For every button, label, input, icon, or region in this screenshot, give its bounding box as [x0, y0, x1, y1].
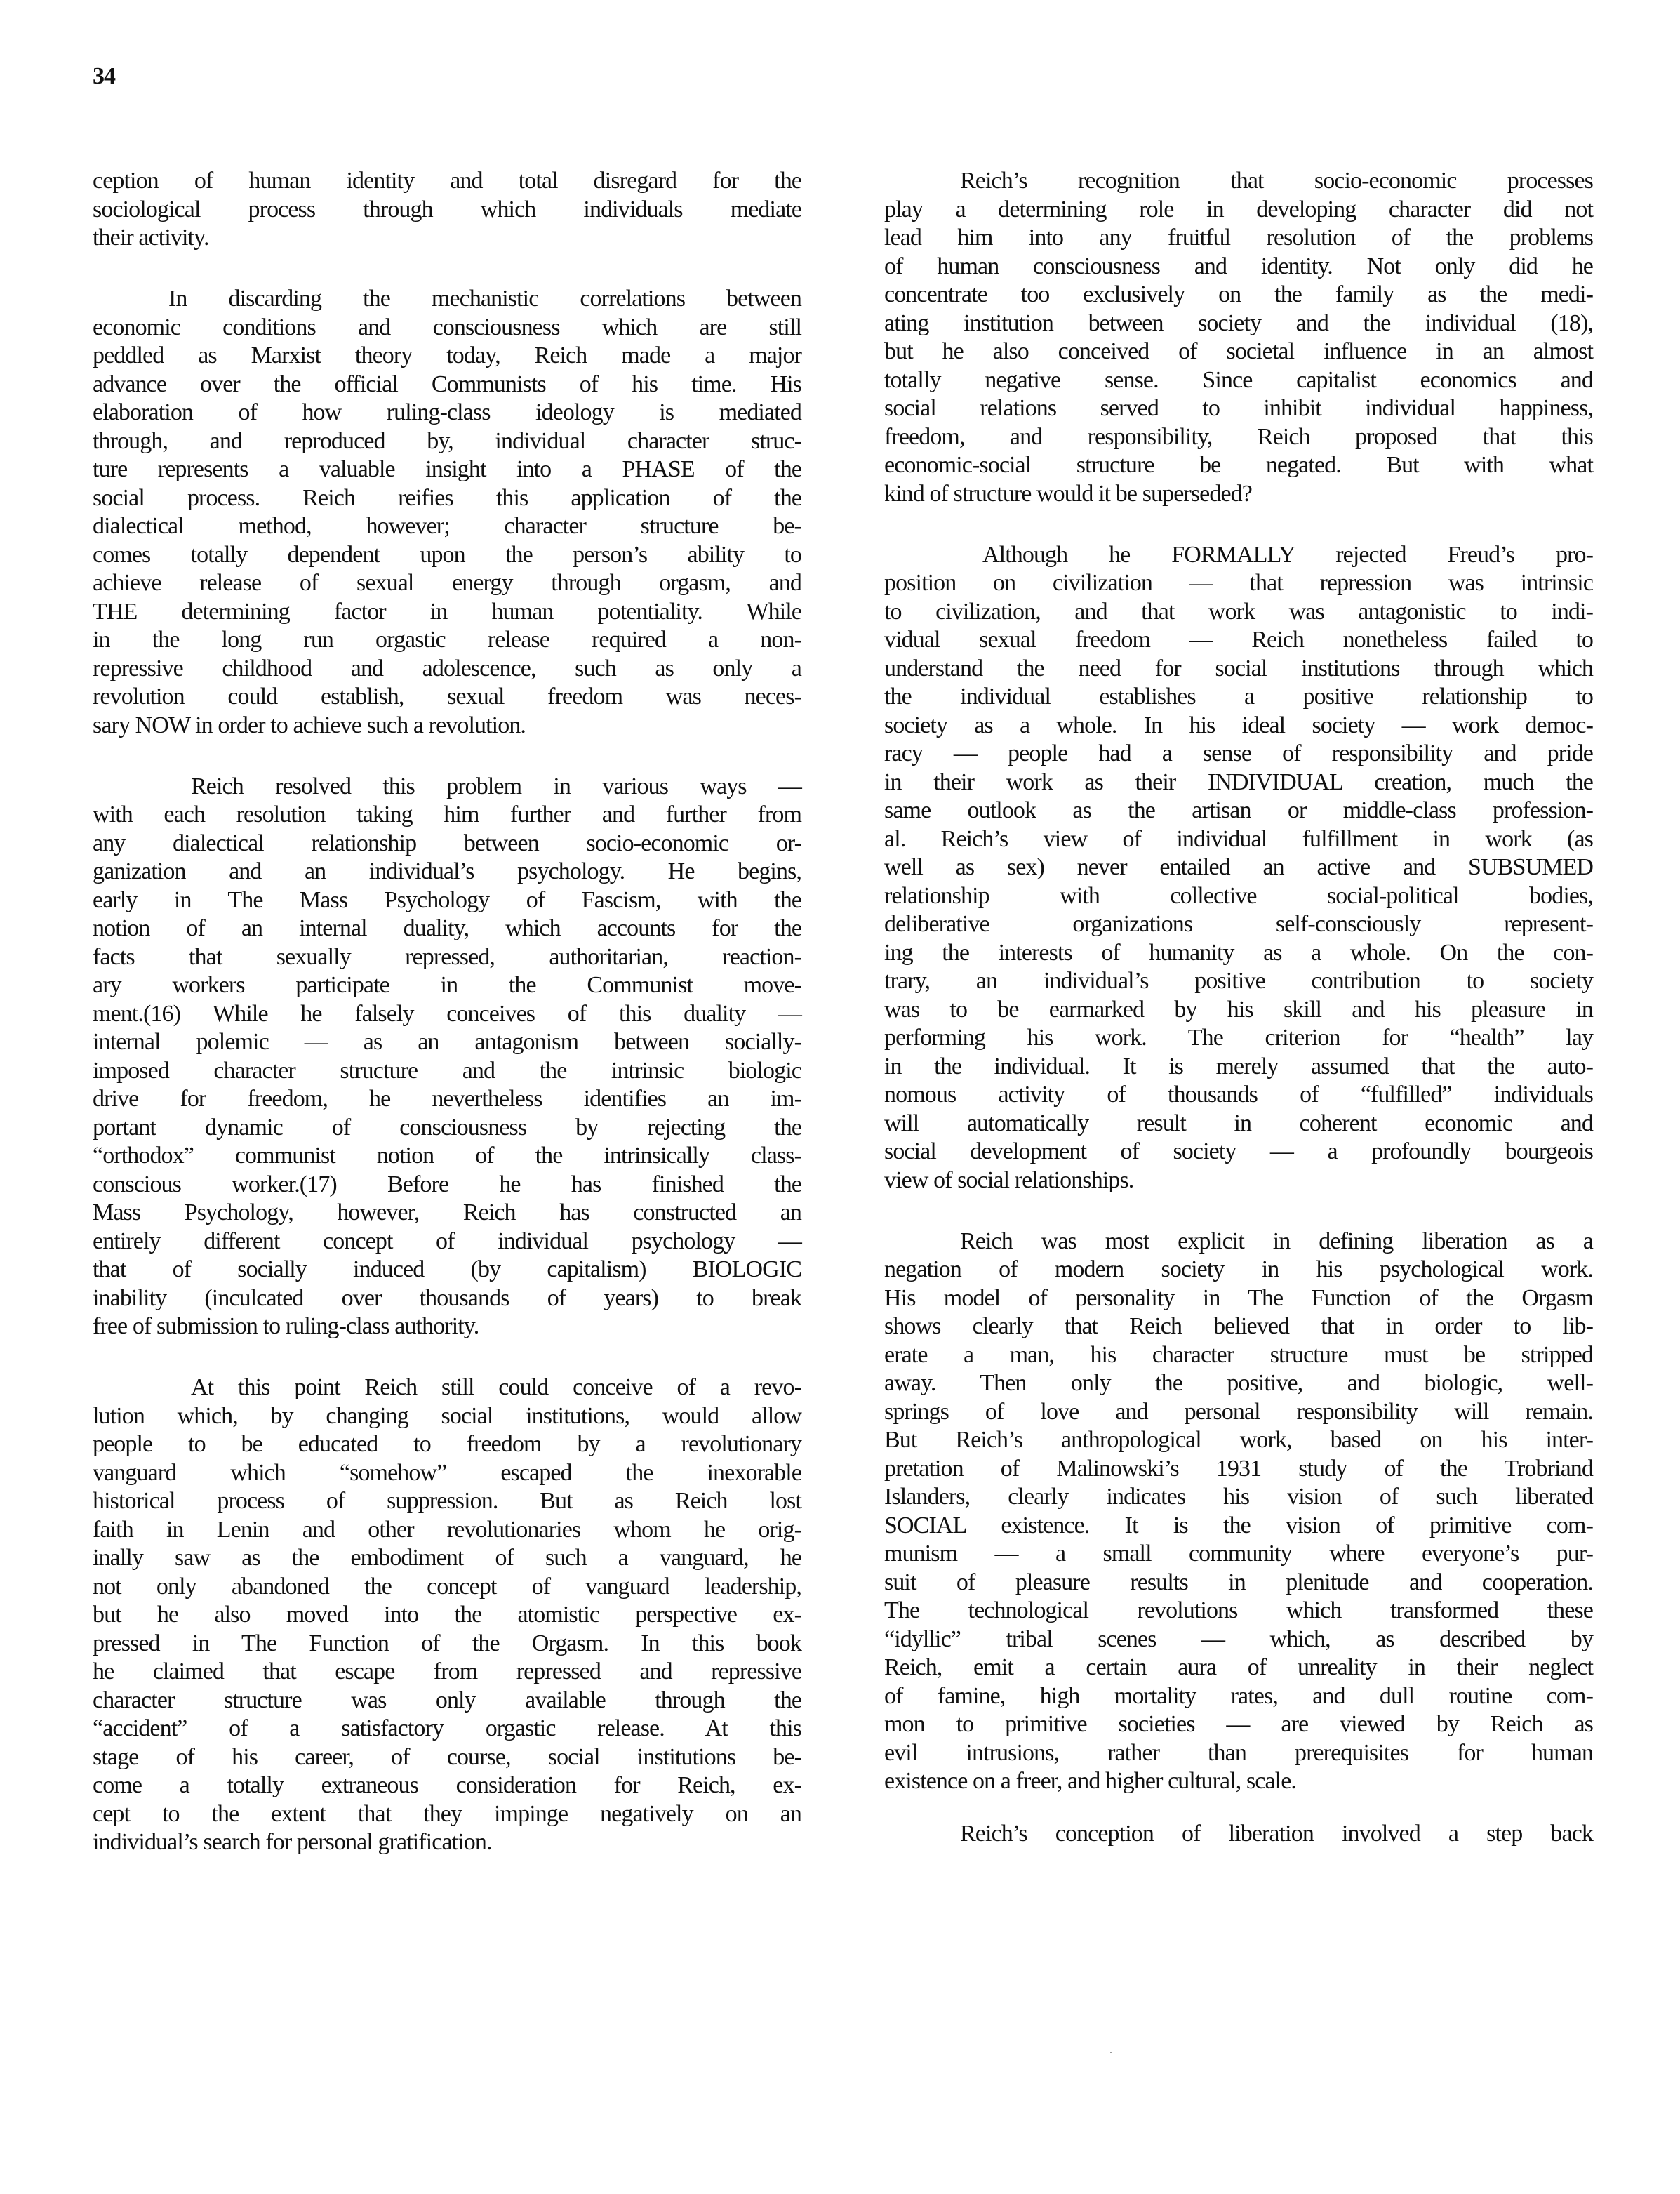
text-line: “idyllic” tribal scenes — which, as desc…	[884, 1625, 1593, 1654]
text-line: same outlook as the artisan or middle-cl…	[884, 797, 1593, 825]
text-line: of human consciousness and identity. Not…	[884, 253, 1593, 281]
text-line: free of submission to ruling-class autho…	[93, 1312, 801, 1341]
text-line: entirely different concept of individual…	[93, 1228, 801, 1256]
text-line: with each resolution taking him further …	[93, 801, 801, 830]
text-line: nomous activity of thousands of “fulfill…	[884, 1081, 1593, 1110]
paragraph: Reich’s recognition that socio-economic …	[884, 167, 1593, 508]
text-line: in their work as their INDIVIDUAL creati…	[884, 769, 1593, 797]
text-line: of famine, high mortality rates, and dul…	[884, 1682, 1593, 1711]
text-line: suit of pleasure results in plenitude an…	[884, 1569, 1593, 1597]
text-line: any dialectical relationship between soc…	[93, 830, 801, 858]
text-line: His model of personality in The Function…	[884, 1284, 1593, 1313]
text-line: economic conditions and consciousness wh…	[93, 314, 801, 343]
text-line: repressive childhood and adolescence, su…	[93, 655, 801, 684]
text-line: internal polemic — as an antagonism betw…	[93, 1028, 801, 1057]
text-line: early in The Mass Psychology of Fascism,…	[93, 886, 801, 915]
text-line: society as a whole. In his ideal society…	[884, 712, 1593, 740]
text-line: facts that sexually repressed, authorita…	[93, 943, 801, 972]
text-line: well as sex) never entailed an active an…	[884, 853, 1593, 882]
text-line: Reich, emit a certain aura of unreality …	[884, 1654, 1593, 1682]
text-line: At this point Reich still could conceive…	[93, 1374, 801, 1402]
text-line: to civilization, and that work was antag…	[884, 598, 1593, 627]
text-line: portant dynamic of consciousness by reje…	[93, 1114, 801, 1143]
text-line: But Reich’s anthropological work, based …	[884, 1426, 1593, 1455]
text-line: kind of structure would it be superseded…	[884, 480, 1593, 509]
text-line: SOCIAL existence. It is the vision of pr…	[884, 1512, 1593, 1541]
text-line: dialectical method, however; character s…	[93, 512, 801, 541]
text-line: pressed in The Function of the Orgasm. I…	[93, 1630, 801, 1658]
text-line: ganization and an individual’s psycholog…	[93, 858, 801, 886]
text-line: drive for freedom, he nevertheless ident…	[93, 1085, 801, 1114]
text-line: sociological process through which indiv…	[93, 196, 801, 225]
text-line: social relations served to inhibit indiv…	[884, 394, 1593, 423]
text-line: vanguard which “somehow” escaped the ine…	[93, 1459, 801, 1488]
text-line: but he also moved into the atomistic per…	[93, 1601, 801, 1630]
text-line: relationship with collective social-poli…	[884, 882, 1593, 911]
text-line: inally saw as the embodiment of such a v…	[93, 1544, 801, 1573]
text-line: that of socially induced (by capitalism)…	[93, 1256, 801, 1284]
text-line: in the long run orgastic release require…	[93, 626, 801, 655]
text-line: peddled as Marxist theory today, Reich m…	[93, 342, 801, 371]
text-line: THE determining factor in human potentia…	[93, 598, 801, 627]
paragraph: ception of human identity and total disr…	[93, 167, 801, 253]
text-line: Reich’s conception of liberation involve…	[884, 1820, 1593, 1849]
text-line: al. Reich’s view of individual fulfillme…	[884, 825, 1593, 854]
text-line: freedom, and responsibility, Reich propo…	[884, 423, 1593, 452]
text-line: imposed character structure and the intr…	[93, 1057, 801, 1086]
paragraph: In discarding the mechanistic correlatio…	[93, 285, 801, 740]
text-line: social process. Reich reifies this appli…	[93, 484, 801, 513]
text-line: ment.(16) While he falsely conceives of …	[93, 1000, 801, 1029]
text-line: but he also conceived of societal influe…	[884, 338, 1593, 366]
paragraph: Reich’s conception of liberation involve…	[884, 1820, 1593, 1849]
text-line: inability (inculcated over thousands of …	[93, 1284, 801, 1313]
text-line: comes totally dependent upon the person’…	[93, 541, 801, 570]
text-line: Reich resolved this problem in various w…	[93, 773, 801, 802]
text-line: come a totally extraneous consideration …	[93, 1771, 801, 1800]
text-line: munism — a small community where everyon…	[884, 1540, 1593, 1569]
text-line: their activity.	[93, 224, 801, 253]
text-line: racy — people had a sense of responsibil…	[884, 740, 1593, 769]
paragraph: Reich was most explicit in defining libe…	[884, 1228, 1593, 1796]
text-line: The technological revolutions which tran…	[884, 1597, 1593, 1625]
text-line: vidual sexual freedom — Reich nonetheles…	[884, 626, 1593, 655]
left-column: ception of human identity and total disr…	[93, 167, 801, 1889]
text-line: economic-social structure be negated. Bu…	[884, 451, 1593, 480]
text-line: ating institution between society and th…	[884, 310, 1593, 338]
text-line: people to be educated to freedom by a re…	[93, 1430, 801, 1459]
text-line: springs of love and personal responsibil…	[884, 1398, 1593, 1427]
text-line: evil intrusions, rather than prerequisit…	[884, 1739, 1593, 1768]
text-line: faith in Lenin and other revolutionaries…	[93, 1516, 801, 1545]
text-line: not only abandoned the concept of vangua…	[93, 1573, 801, 1602]
text-line: individual’s search for personal gratifi…	[93, 1828, 801, 1857]
text-line: shows clearly that Reich believed that i…	[884, 1312, 1593, 1341]
text-line: ture represents a valuable insight into …	[93, 456, 801, 484]
paragraph: Reich resolved this problem in various w…	[93, 773, 801, 1341]
text-line: will automatically result in coherent ec…	[884, 1110, 1593, 1138]
text-line: through, and reproduced by, individual c…	[93, 427, 801, 456]
text-line: was to be earmarked by his skill and his…	[884, 996, 1593, 1025]
text-line: mon to primitive societies — are viewed …	[884, 1710, 1593, 1739]
text-line: Islanders, clearly indicates his vision …	[884, 1483, 1593, 1512]
text-line: sary NOW in order to achieve such a revo…	[93, 712, 801, 740]
text-line: away. Then only the positive, and biolog…	[884, 1369, 1593, 1398]
text-line: deliberative organizations self-consciou…	[884, 910, 1593, 939]
text-line: historical process of suppression. But a…	[93, 1487, 801, 1516]
paragraph: At this point Reich still could conceive…	[93, 1374, 801, 1857]
text-line: performing his work. The criterion for “…	[884, 1024, 1593, 1053]
text-line: position on civilization — that repressi…	[884, 569, 1593, 598]
text-line: erate a man, his character structure mus…	[884, 1341, 1593, 1370]
text-line: “accident” of a satisfactory orgastic re…	[93, 1715, 801, 1743]
text-line: pretation of Malinowski’s 1931 study of …	[884, 1455, 1593, 1484]
text-line: existence on a freer, and higher cultura…	[884, 1767, 1593, 1796]
text-line: conscious worker.(17) Before he has fini…	[93, 1171, 801, 1199]
text-line: ception of human identity and total disr…	[93, 167, 801, 196]
text-line: totally negative sense. Since capitalist…	[884, 366, 1593, 395]
text-line: In discarding the mechanistic correlatio…	[93, 285, 801, 314]
text-line: ary workers participate in the Communist…	[93, 971, 801, 1000]
text-line: stage of his career, of course, social i…	[93, 1743, 801, 1772]
text-line: ing the interests of humanity as a whole…	[884, 939, 1593, 968]
text-line: achieve release of sexual energy through…	[93, 569, 801, 598]
text-line: lead him into any fruitful resolution of…	[884, 224, 1593, 253]
text-line: the individual establishes a positive re…	[884, 683, 1593, 712]
text-line: Mass Psychology, however, Reich has cons…	[93, 1199, 801, 1228]
text-line: Although he FORMALLY rejected Freud’s pr…	[884, 541, 1593, 570]
text-line: lution which, by changing social institu…	[93, 1402, 801, 1431]
paragraph: Although he FORMALLY rejected Freud’s pr…	[884, 541, 1593, 1195]
text-line: Reich’s recognition that socio-economic …	[884, 167, 1593, 196]
text-line: view of social relationships.	[884, 1166, 1593, 1195]
text-line: understand the need for social instituti…	[884, 655, 1593, 684]
text-line: notion of an internal duality, which acc…	[93, 915, 801, 943]
text-line: social development of society — a profou…	[884, 1138, 1593, 1166]
scan-speck	[1110, 2052, 1112, 2053]
text-line: play a determining role in developing ch…	[884, 196, 1593, 225]
text-line: he claimed that escape from repressed an…	[93, 1658, 801, 1687]
text-line: advance over the official Communists of …	[93, 371, 801, 399]
text-line: concentrate too exclusively on the famil…	[884, 281, 1593, 310]
text-line: Reich was most explicit in defining libe…	[884, 1228, 1593, 1256]
page-number: 34	[93, 65, 115, 88]
text-line: “orthodox” communist notion of the intri…	[93, 1142, 801, 1171]
text-line: elaboration of how ruling-class ideology…	[93, 399, 801, 427]
text-line: trary, an individual’s positive contribu…	[884, 967, 1593, 996]
text-line: character structure was only available t…	[93, 1687, 801, 1715]
text-line: in the individual. It is merely assumed …	[884, 1053, 1593, 1082]
right-column: Reich’s recognition that socio-economic …	[884, 167, 1593, 1881]
text-line: cept to the extent that they impinge neg…	[93, 1800, 801, 1829]
text-line: revolution could establish, sexual freed…	[93, 683, 801, 712]
text-line: negation of modern society in his psycho…	[884, 1256, 1593, 1284]
